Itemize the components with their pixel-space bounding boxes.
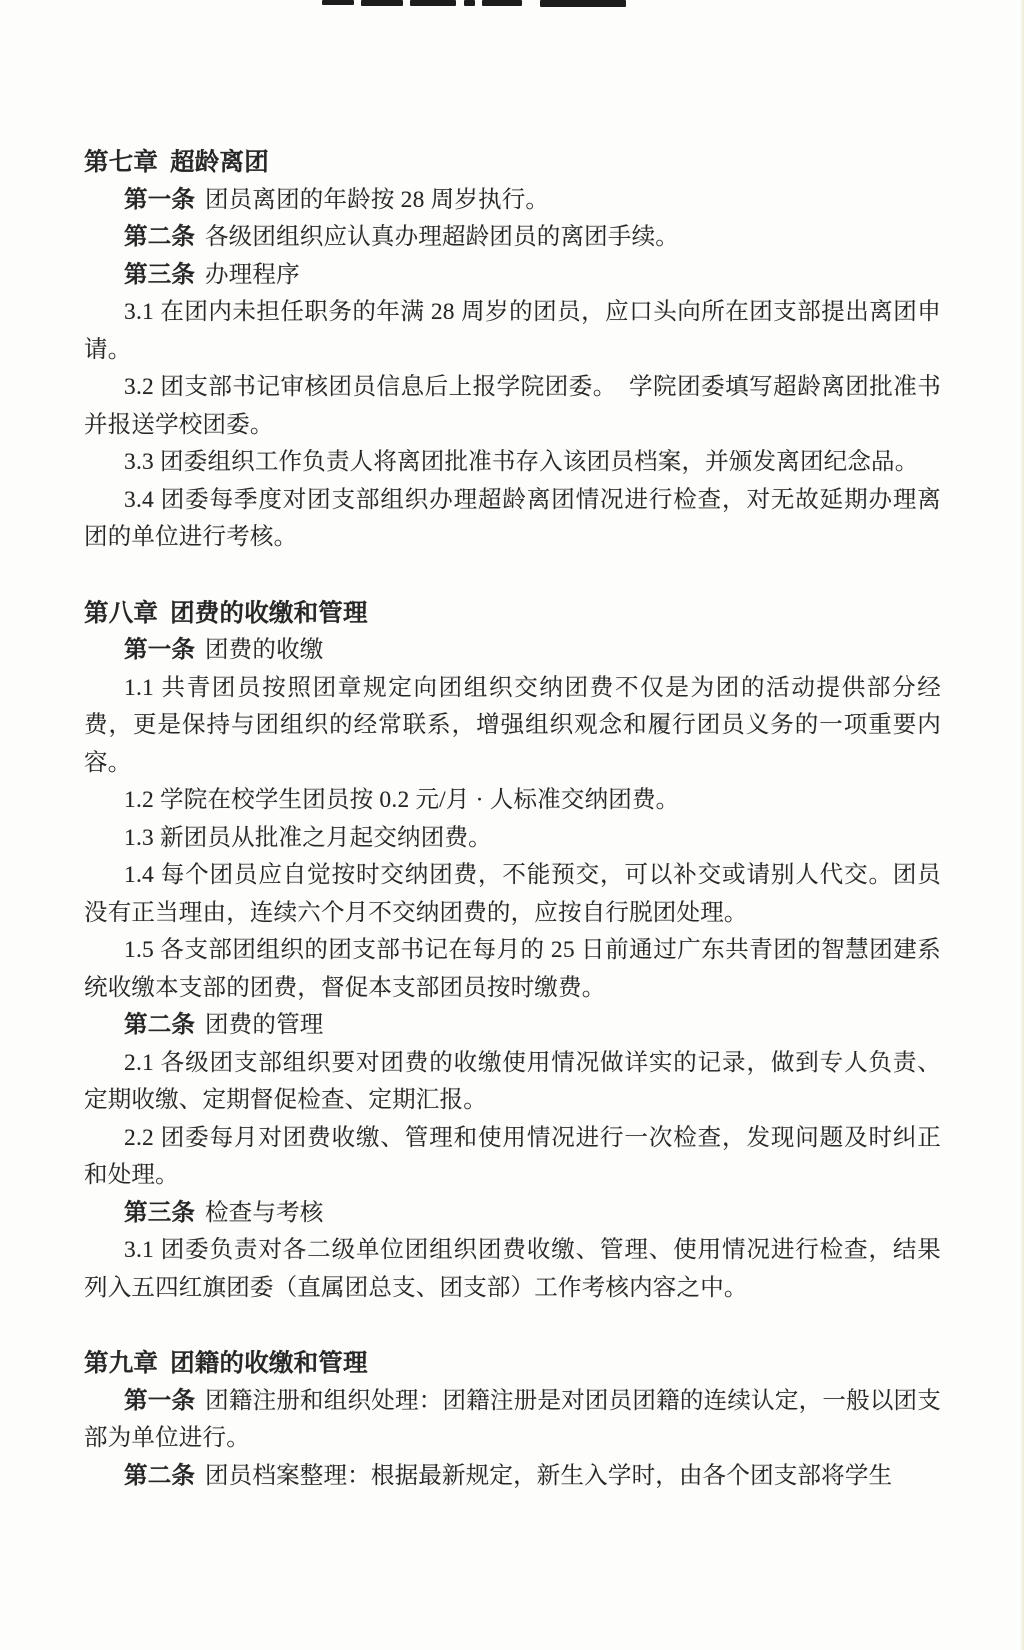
chapter-title: 团籍的收缴和管理: [170, 1350, 368, 1377]
chapter-title: 超龄离团: [170, 149, 269, 176]
document-body: 第七章超龄离团第一条团员离团的年龄按 28 周岁执行。第二条各级团组织应认真办理…: [0, 0, 1024, 1495]
clause-paragraph: 3.2 团支部书记审核团员信息后上报学院团委。 学院团委填写超龄离团批准书并报送…: [84, 369, 941, 444]
article-label: 第一条: [124, 187, 195, 213]
article-text: 办理程序: [205, 262, 300, 288]
cropped-text-artifact: [0, 0, 1024, 10]
chapter-3: 第九章团籍的收缴和管理第一条团籍注册和组织处理：团籍注册是对团员团籍的连续认定，…: [84, 1345, 941, 1495]
article-text: 团员离团的年龄按 28 周岁执行。: [205, 187, 549, 213]
clause-paragraph: 2.1 各级团支部组织要对团费的收缴使用情况做详实的记录，做到专人负责、定期收缴…: [84, 1045, 941, 1120]
article-paragraph: 第二条团员档案整理：根据最新规定，新生入学时，由各个团支部将学生: [84, 1458, 941, 1496]
article-label: 第二条: [124, 1012, 195, 1038]
article-paragraph: 第一条团员离团的年龄按 28 周岁执行。: [84, 182, 941, 220]
clause-paragraph: 3.4 团委每季度对团支部组织办理超龄离团情况进行检查，对无故延期办理离团的单位…: [84, 482, 941, 557]
article-text: 团员档案整理：根据最新规定，新生入学时，由各个团支部将学生: [205, 1463, 892, 1489]
article-paragraph: 第二条各级团组织应认真办理超龄团员的离团手续。: [84, 219, 941, 257]
chapter-number: 第七章: [84, 149, 158, 176]
clause-paragraph: 3.1 在团内未担任职务的年满 28 周岁的团员，应口头向所在团支部提出离团申请…: [84, 294, 941, 369]
article-label: 第三条: [124, 1200, 195, 1226]
article-paragraph: 第三条办理程序: [84, 257, 941, 295]
article-text: 各级团组织应认真办理超龄团员的离团手续。: [205, 224, 679, 250]
article-paragraph: 第一条团籍注册和组织处理：团籍注册是对团员团籍的连续认定，一般以团支部为单位进行…: [84, 1383, 941, 1458]
chapter-1: 第七章超龄离团第一条团员离团的年龄按 28 周岁执行。第二条各级团组织应认真办理…: [84, 144, 941, 557]
chapter-heading: 第九章团籍的收缴和管理: [84, 1345, 941, 1383]
article-paragraph: 第二条团费的管理: [84, 1007, 941, 1045]
clause-paragraph: 1.3 新团员从批准之月起交纳团费。: [84, 820, 941, 858]
article-label: 第二条: [124, 224, 195, 250]
article-label: 第二条: [124, 1463, 195, 1489]
article-text: 团费的管理: [205, 1012, 324, 1038]
clause-paragraph: 1.1 共青团员按照团章规定向团组织交纳团费不仅是为团的活动提供部分经费，更是保…: [84, 670, 941, 783]
chapter-number: 第八章: [84, 600, 158, 627]
article-label: 第一条: [124, 637, 195, 663]
article-text: 团费的收缴: [205, 637, 324, 663]
clause-paragraph: 1.2 学院在校学生团员按 0.2 元/月 · 人标准交纳团费。: [84, 782, 941, 820]
chapter-heading: 第七章超龄离团: [84, 144, 941, 182]
article-text: 检查与考核: [205, 1200, 324, 1226]
chapter-title: 团费的收缴和管理: [170, 600, 368, 627]
chapter-2: 第八章团费的收缴和管理第一条团费的收缴1.1 共青团员按照团章规定向团组织交纳团…: [84, 595, 941, 1308]
scanned-page: 第七章超龄离团第一条团员离团的年龄按 28 周岁执行。第二条各级团组织应认真办理…: [0, 0, 1024, 1650]
article-label: 第一条: [124, 1388, 195, 1414]
article-paragraph: 第三条检查与考核: [84, 1195, 941, 1233]
article-text: 团籍注册和组织处理：团籍注册是对团员团籍的连续认定，一般以团支部为单位进行。: [84, 1388, 941, 1452]
article-label: 第三条: [124, 262, 195, 288]
clause-paragraph: 2.2 团委每月对团费收缴、管理和使用情况进行一次检查，发现问题及时纠正和处理。: [84, 1120, 941, 1195]
clause-paragraph: 1.4 每个团员应自觉按时交纳团费，不能预交，可以补交或请别人代交。团员没有正当…: [84, 857, 941, 932]
clause-paragraph: 3.1 团委负责对各二级单位团组织团费收缴、管理、使用情况进行检查，结果列入五四…: [84, 1232, 941, 1307]
chapter-number: 第九章: [84, 1350, 158, 1377]
article-paragraph: 第一条团费的收缴: [84, 632, 941, 670]
clause-paragraph: 1.5 各支部团组织的团支部书记在每月的 25 日前通过广东共青团的智慧团建系统…: [84, 932, 941, 1007]
clause-paragraph: 3.3 团委组织工作负责人将离团批准书存入该团员档案，并颁发离团纪念品。: [84, 444, 941, 482]
chapter-heading: 第八章团费的收缴和管理: [84, 595, 941, 633]
